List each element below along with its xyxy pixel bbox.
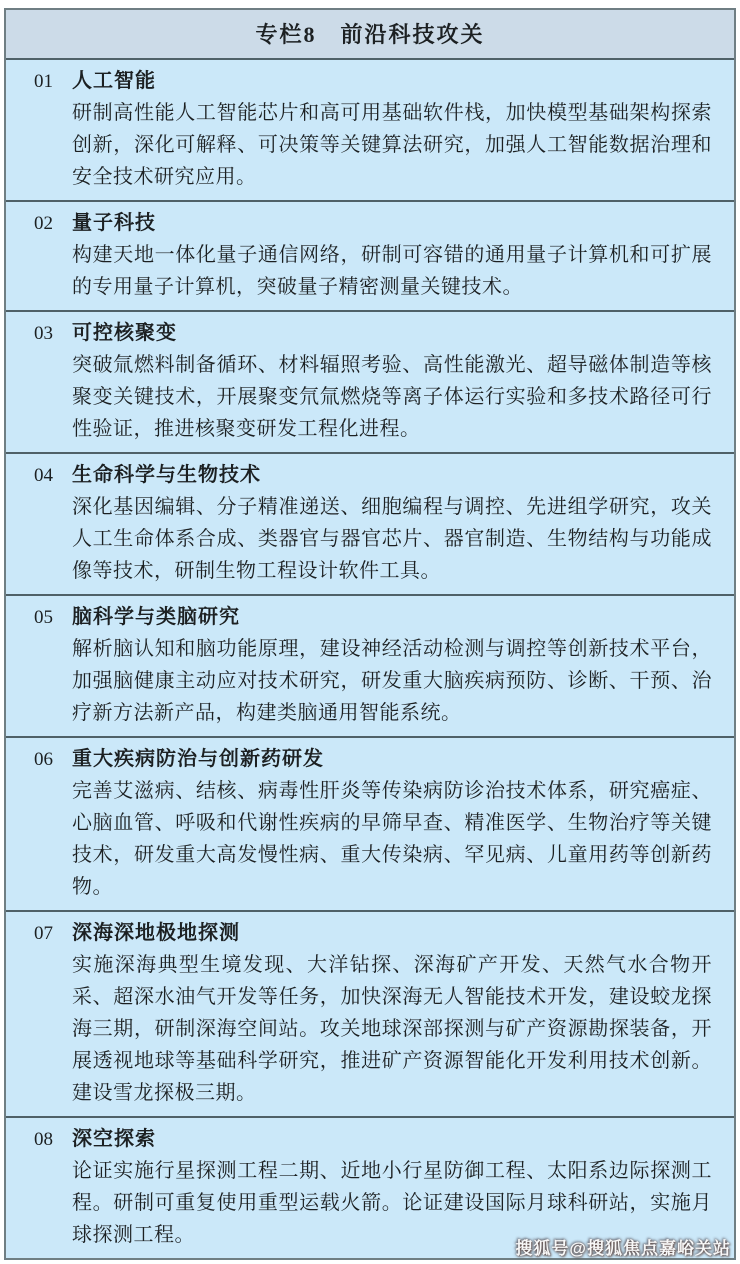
section-body: 解析脑认知和脑功能原理，建设神经活动检测与调控等创新技术平台，加强脑健康主动应对… (72, 633, 712, 729)
section-body: 实施深海典型生境发现、大洋钻探、深海矿产开发、天然气水合物开采、超深水油气开发等… (72, 949, 712, 1109)
section-title: 可控核聚变 (72, 317, 712, 349)
sohu-watermark: 搜狐号@搜狐焦点嘉峪关站 (515, 1234, 731, 1259)
section-content: 脑科学与类脑研究 解析脑认知和脑功能原理，建设神经活动检测与调控等创新技术平台，… (72, 601, 712, 729)
section-title: 生命科学与生物技术 (72, 459, 712, 491)
section-body: 构建天地一体化量子通信网络，研制可容错的通用量子计算机和可扩展的专用量子计算机，… (72, 239, 712, 303)
section-title: 深海深地极地探测 (72, 917, 712, 949)
section-title: 人工智能 (72, 65, 712, 97)
section-body: 研制高性能人工智能芯片和高可用基础软件栈，加快模型基础架构探索创新，深化可解释、… (72, 97, 712, 193)
section-number: 02 (34, 207, 72, 303)
section-life-science: 04 生命科学与生物技术 深化基因编辑、分子精准递送、细胞编程与调控、先进组学研… (6, 452, 734, 594)
section-number: 05 (34, 601, 72, 729)
section-number: 01 (34, 65, 72, 193)
section-content: 深空探索 论证实施行星探测工程二期、近地小行星防御工程、太阳系边际探测工程。研制… (72, 1123, 712, 1251)
section-title: 深空探索 (72, 1123, 712, 1155)
panel-title: 专栏8 前沿科技攻关 (6, 10, 734, 60)
section-number: 06 (34, 743, 72, 903)
column-panel: 专栏8 前沿科技攻关 01 人工智能 研制高性能人工智能芯片和高可用基础软件栈，… (4, 8, 736, 1260)
section-title: 脑科学与类脑研究 (72, 601, 712, 633)
section-content: 生命科学与生物技术 深化基因编辑、分子精准递送、细胞编程与调控、先进组学研究，攻… (72, 459, 712, 587)
section-title: 重大疾病防治与创新药研发 (72, 743, 712, 775)
section-number: 03 (34, 317, 72, 445)
section-content: 可控核聚变 突破氚燃料制备循环、材料辐照考验、高性能激光、超导磁体制造等核聚变关… (72, 317, 712, 445)
section-number: 08 (34, 1123, 72, 1251)
section-disease-drugs: 06 重大疾病防治与创新药研发 完善艾滋病、结核、病毒性肝炎等传染病防诊治技术体… (6, 736, 734, 910)
section-content: 量子科技 构建天地一体化量子通信网络，研制可容错的通用量子计算机和可扩展的专用量… (72, 207, 712, 303)
section-body: 突破氚燃料制备循环、材料辐照考验、高性能激光、超导磁体制造等核聚变关键技术，开展… (72, 349, 712, 445)
section-deep-sea-earth-polar: 07 深海深地极地探测 实施深海典型生境发现、大洋钻探、深海矿产开发、天然气水合… (6, 910, 734, 1116)
section-number: 04 (34, 459, 72, 587)
section-content: 重大疾病防治与创新药研发 完善艾滋病、结核、病毒性肝炎等传染病防诊治技术体系，研… (72, 743, 712, 903)
section-body: 完善艾滋病、结核、病毒性肝炎等传染病防诊治技术体系，研究癌症、心脑血管、呼吸和代… (72, 775, 712, 903)
section-brain-science: 05 脑科学与类脑研究 解析脑认知和脑功能原理，建设神经活动检测与调控等创新技术… (6, 594, 734, 736)
section-body: 深化基因编辑、分子精准递送、细胞编程与调控、先进组学研究，攻关人工生命体系合成、… (72, 491, 712, 587)
section-content: 深海深地极地探测 实施深海典型生境发现、大洋钻探、深海矿产开发、天然气水合物开采… (72, 917, 712, 1109)
section-quantum: 02 量子科技 构建天地一体化量子通信网络，研制可容错的通用量子计算机和可扩展的… (6, 200, 734, 310)
section-ai: 01 人工智能 研制高性能人工智能芯片和高可用基础软件栈，加快模型基础架构探索创… (6, 60, 734, 200)
section-fusion: 03 可控核聚变 突破氚燃料制备循环、材料辐照考验、高性能激光、超导磁体制造等核… (6, 310, 734, 452)
section-number: 07 (34, 917, 72, 1109)
section-content: 人工智能 研制高性能人工智能芯片和高可用基础软件栈，加快模型基础架构探索创新，深… (72, 65, 712, 193)
section-title: 量子科技 (72, 207, 712, 239)
